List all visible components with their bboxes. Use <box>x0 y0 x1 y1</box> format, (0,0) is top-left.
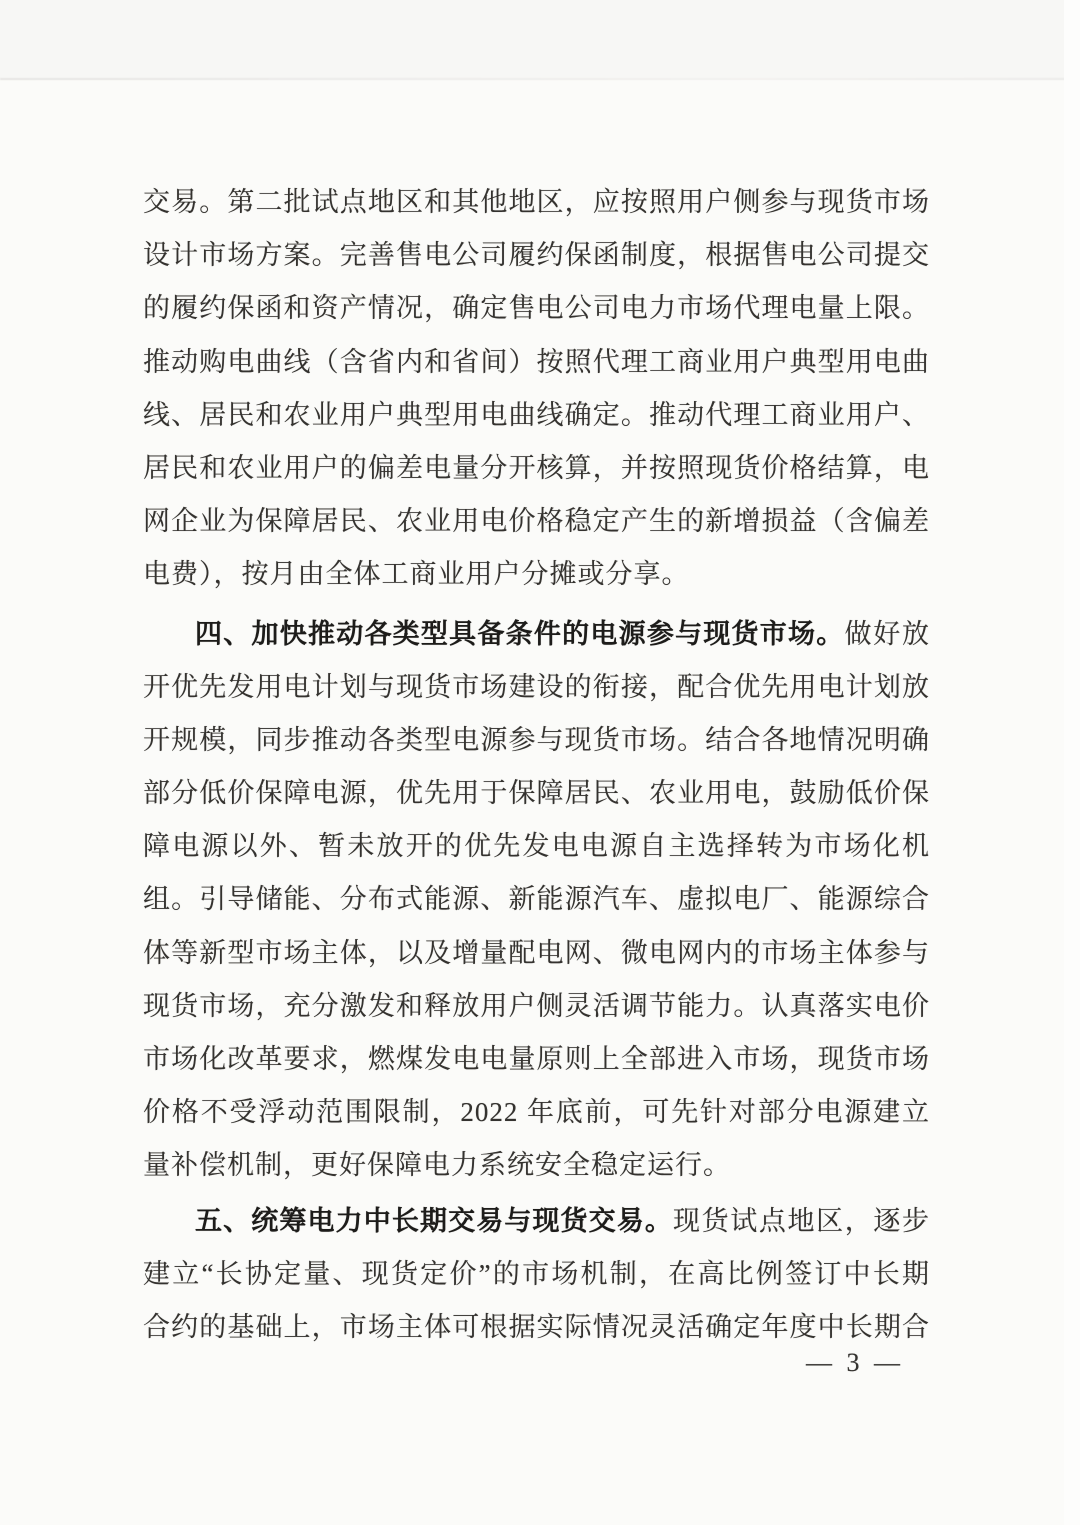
scanned-document-page: 交易。第二批试点地区和其他地区，应按照用户侧参与现货市场设计市场方案。完善售电公… <box>0 0 1080 1525</box>
body-text: 合约的基础上，市场主体可根据实际情况灵活确定年度中长期合 <box>143 1312 930 1342</box>
text-line: 的履约保函和资产情况，确定售电公司电力市场代理电量上限。 <box>143 282 930 335</box>
text-line: 电费），按月由全体工商业用户分摊或分享。 <box>143 548 930 601</box>
body-text: 的履约保函和资产情况，确定售电公司电力市场代理电量上限。 <box>143 293 930 323</box>
text-line: 合约的基础上，市场主体可根据实际情况灵活确定年度中长期合 <box>143 1301 930 1354</box>
body-text: 部分低价保障电源，优先用于保障居民、农业用电，鼓励低价保 <box>143 778 930 808</box>
section-heading-text: 五、统筹电力中长期交易与现货交易。 <box>195 1206 673 1236</box>
body-text: 体等新型市场主体，以及增量配电网、微电网内的市场主体参与 <box>143 938 930 968</box>
text-line: 体等新型市场主体，以及增量配电网、微电网内的市场主体参与 <box>143 927 930 980</box>
text-line: 建立“长协定量、现货定价”的市场机制，在高比例签订中长期 <box>143 1248 930 1301</box>
text-line: 现货市场，充分激发和释放用户侧灵活调节能力。认真落实电价 <box>143 980 930 1033</box>
page-number: — 3 — <box>806 1348 904 1378</box>
body-text: 现货市场，充分激发和释放用户侧灵活调节能力。认真落实电价 <box>143 991 930 1021</box>
body-text: 现货试点地区，逐步 <box>673 1206 930 1236</box>
text-line: 设计市场方案。完善售电公司履约保函制度，根据售电公司提交 <box>143 229 930 282</box>
body-text: 开规模，同步推动各类型电源参与现货市场。结合各地情况明确 <box>143 725 930 755</box>
scan-top-band <box>0 0 1080 78</box>
text-line: 五、统筹电力中长期交易与现货交易。现货试点地区，逐步 <box>143 1195 930 1248</box>
text-line: 组。引导储能、分布式能源、新能源汽车、虚拟电厂、能源综合 <box>143 873 930 926</box>
body-text: 市场化改革要求，燃煤发电电量原则上全部进入市场，现货市场 <box>143 1044 930 1074</box>
body-text: 设计市场方案。完善售电公司履约保函制度，根据售电公司提交 <box>143 240 930 270</box>
body-text: 线、居民和农业用户典型用电曲线确定。推动代理工商业用户、 <box>143 400 930 430</box>
text-line: 网企业为保障居民、农业用电价格稳定产生的新增损益（含偏差 <box>143 495 930 548</box>
body-text: 交易。第二批试点地区和其他地区，应按照用户侧参与现货市场 <box>143 187 930 217</box>
body-text: 居民和农业用户的偏差电量分开核算，并按照现货价格结算，电 <box>143 453 930 483</box>
body-text: 建立“长协定量、现货定价”的市场机制，在高比例签订中长期 <box>143 1259 930 1289</box>
text-line: 交易。第二批试点地区和其他地区，应按照用户侧参与现货市场 <box>143 176 930 229</box>
body-text: 障电源以外、暂未放开的优先发电电源自主选择转为市场化机 <box>143 831 930 861</box>
body-text: 推动购电曲线（含省内和省间）按照代理工商业用户典型用电曲 <box>143 347 930 377</box>
scan-seam-line <box>0 78 1080 80</box>
document-body: 交易。第二批试点地区和其他地区，应按照用户侧参与现货市场设计市场方案。完善售电公… <box>143 176 930 1354</box>
body-text: 价格不受浮动范围限制，2022 年底前，可先针对部分电源建立容 <box>143 1097 930 1139</box>
text-line: 部分低价保障电源，优先用于保障居民、农业用电，鼓励低价保 <box>143 767 930 820</box>
body-text: 做好放 <box>845 619 930 649</box>
text-line: 线、居民和农业用户典型用电曲线确定。推动代理工商业用户、 <box>143 389 930 442</box>
text-line: 开规模，同步推动各类型电源参与现货市场。结合各地情况明确 <box>143 714 930 767</box>
text-line: 推动购电曲线（含省内和省间）按照代理工商业用户典型用电曲 <box>143 336 930 389</box>
body-text: 量补偿机制，更好保障电力系统安全稳定运行。 <box>143 1150 731 1180</box>
text-line: 居民和农业用户的偏差电量分开核算，并按照现货价格结算，电 <box>143 442 930 495</box>
text-line: 市场化改革要求，燃煤发电电量原则上全部进入市场，现货市场 <box>143 1033 930 1086</box>
text-line: 四、加快推动各类型具备条件的电源参与现货市场。做好放 <box>143 608 930 661</box>
text-line: 价格不受浮动范围限制，2022 年底前，可先针对部分电源建立容 <box>143 1086 930 1139</box>
body-text: 组。引导储能、分布式能源、新能源汽车、虚拟电厂、能源综合 <box>143 884 930 914</box>
body-text: 电费），按月由全体工商业用户分摊或分享。 <box>143 559 690 589</box>
text-line: 开优先发用电计划与现货市场建设的衔接，配合优先用电计划放 <box>143 661 930 714</box>
section-heading-text: 四、加快推动各类型具备条件的电源参与现货市场。 <box>195 619 845 649</box>
body-text: 网企业为保障居民、农业用电价格稳定产生的新增损益（含偏差 <box>143 506 930 536</box>
text-line: 量补偿机制，更好保障电力系统安全稳定运行。 <box>143 1139 930 1192</box>
scan-edge-strip <box>1064 0 1080 1525</box>
text-line: 障电源以外、暂未放开的优先发电电源自主选择转为市场化机 <box>143 820 930 873</box>
body-text: 开优先发用电计划与现货市场建设的衔接，配合优先用电计划放 <box>143 672 930 702</box>
